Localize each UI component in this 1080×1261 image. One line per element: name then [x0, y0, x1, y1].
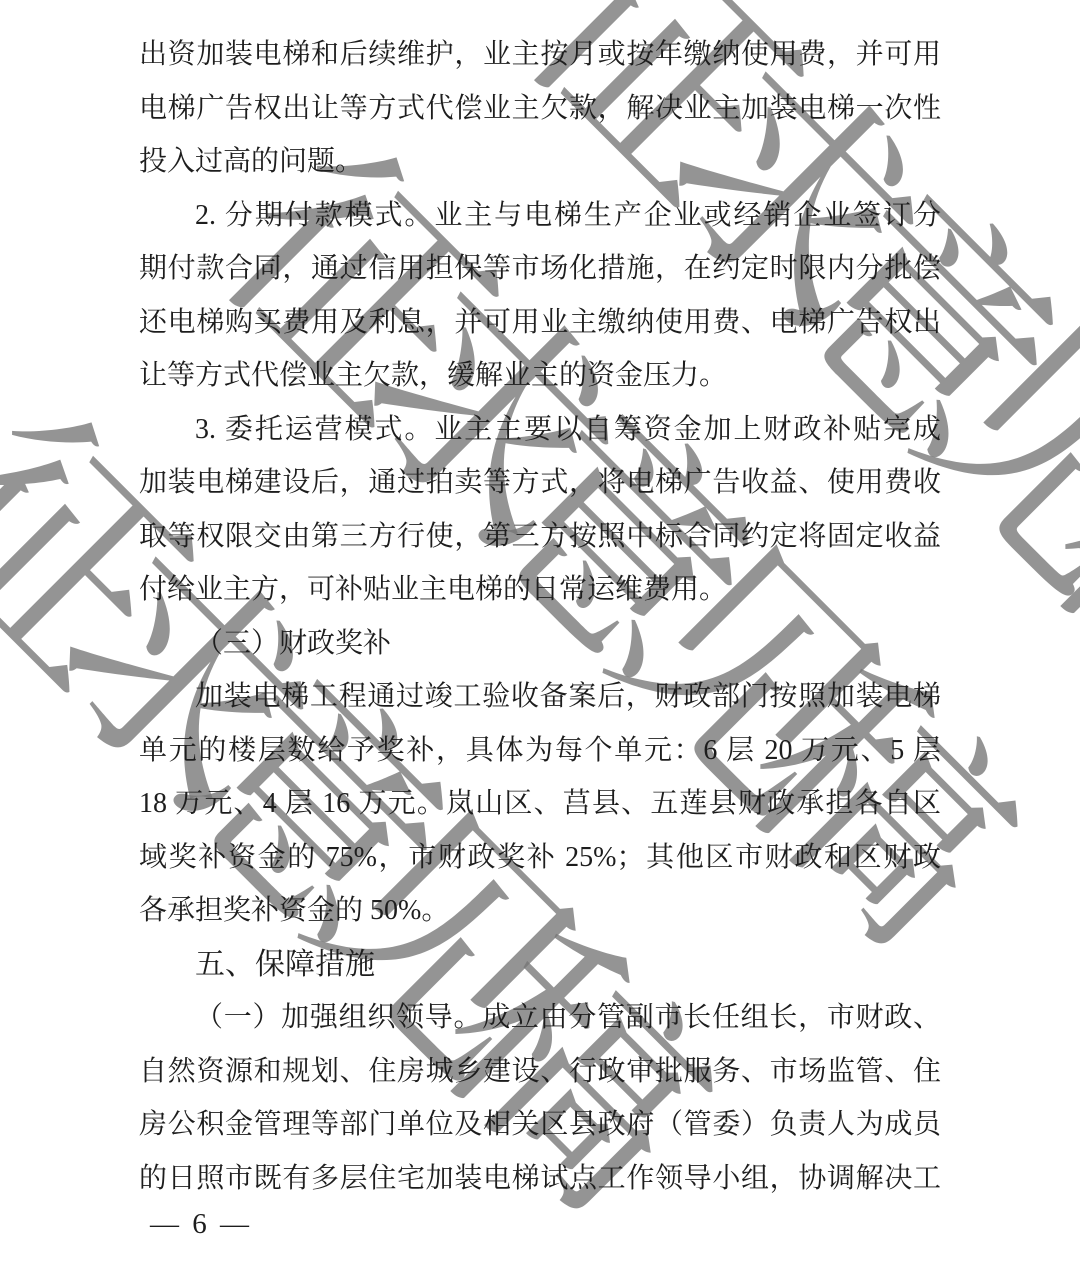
text-segment: 投入过高的问题。: [139, 146, 363, 177]
text-segment: 2. 分期付款模式。: [195, 200, 434, 231]
text-segment: 业主与电梯生产企业或经销企业签订分: [434, 200, 941, 231]
text-line: 房公积金管理等部门单位及相关区县政府（管委）负责人为成员: [139, 1098, 941, 1152]
text-segment: 期付款合同，通过信用担保等市场化措施，在约定时限内分批偿: [139, 253, 941, 284]
text-line: （一）加强组织领导。成立由分管副市长任组长，市财政、: [139, 991, 941, 1045]
text-line: 加装电梯工程通过竣工验收备案后，财政部门按照加装电梯: [139, 670, 941, 724]
text-line: （三）财政奖补: [139, 617, 941, 671]
text-segment: 付给业主方，可补贴业主电梯的日常运维费用。: [139, 574, 727, 605]
text-segment: （一）加强组织领导。: [195, 1002, 482, 1033]
text-line: 域奖补资金的 75%，市财政奖补 25%；其他区市财政和区财政: [139, 831, 941, 885]
text-line: 自然资源和规划、住房城乡建设、行政审批服务、市场监管、住: [139, 1045, 941, 1099]
text-segment: 加装电梯工程通过竣工验收备案后，财政部门按照加装电梯: [195, 681, 941, 712]
text-segment: 各承担奖补资金的 50%。: [139, 895, 449, 926]
text-line: 加装电梯建设后，通过拍卖等方式，将电梯广告收益、使用费收: [139, 456, 941, 510]
text-segment: 自然资源和规划、住房城乡建设、行政审批服务、市场监管、住: [139, 1056, 941, 1087]
page-number: — 6 —: [150, 1208, 252, 1241]
text-segment: 18 万元、4 层 16 万元。岚山区、莒县、五莲县财政承担各自区: [139, 788, 941, 819]
text-segment: 域奖补资金的 75%，市财政奖补 25%；其他区市财政和区财政: [139, 842, 941, 873]
text-line: 2. 分期付款模式。业主与电梯生产企业或经销企业签订分: [139, 189, 941, 243]
text-line: 18 万元、4 层 16 万元。岚山区、莒县、五莲县财政承担各自区: [139, 777, 941, 831]
text-line: 电梯广告权出让等方式代偿业主欠款，解决业主加装电梯一次性: [139, 82, 941, 136]
text-segment: 房公积金管理等部门单位及相关区县政府（管委）负责人为成员: [139, 1109, 941, 1140]
text-line: 出资加装电梯和后续维护，业主按月或按年缴纳使用费，并可用: [139, 28, 941, 82]
text-segment: 电梯广告权出让等方式代偿业主欠款，解决业主加装电梯一次性: [139, 93, 941, 124]
text-line: 投入过高的问题。: [139, 135, 941, 189]
section-heading-line: 五、保障措施: [139, 938, 941, 992]
text-segment: 还电梯购买费用及利息，并可用业主缴纳使用费、电梯广告权出: [139, 307, 941, 338]
text-segment: 让等方式代偿业主欠款，缓解业主的资金压力。: [139, 360, 727, 391]
text-segment: 出资加装电梯和后续维护，业主按月或按年缴纳使用费，并可用: [139, 39, 941, 70]
text-line: 各承担奖补资金的 50%。: [139, 884, 941, 938]
text-segment: 3. 委托运营模式。: [195, 414, 434, 445]
text-segment: 单元的楼层数给予奖补，具体为每个单元：6 层 20 万元、5 层: [139, 735, 941, 766]
text-line: 还电梯购买费用及利息，并可用业主缴纳使用费、电梯广告权出: [139, 296, 941, 350]
text-segment: 的日照市既有多层住宅加装电梯试点工作领导小组，协调解决工: [139, 1163, 941, 1194]
text-segment: （三）财政奖补: [195, 628, 391, 659]
text-segment: 加装电梯建设后，通过拍卖等方式，将电梯广告收益、使用费收: [139, 467, 941, 498]
text-line: 让等方式代偿业主欠款，缓解业主的资金压力。: [139, 349, 941, 403]
text-line: 单元的楼层数给予奖补，具体为每个单元：6 层 20 万元、5 层: [139, 724, 941, 778]
text-segment: 五、保障措施: [195, 948, 375, 981]
text-line: 的日照市既有多层住宅加装电梯试点工作领导小组，协调解决工: [139, 1152, 941, 1206]
text-segment: 业主主要以自筹资金加上财政补贴完成: [434, 414, 941, 445]
document-body: 出资加装电梯和后续维护，业主按月或按年缴纳使用费，并可用电梯广告权出让等方式代偿…: [139, 28, 941, 1205]
text-segment: 成立由分管副市长任组长，市财政、: [482, 1002, 941, 1033]
text-line: 取等权限交由第三方行使，第三方按照中标合同约定将固定收益: [139, 510, 941, 564]
text-segment: 取等权限交由第三方行使，第三方按照中标合同约定将固定收益: [139, 521, 941, 552]
text-line: 3. 委托运营模式。业主主要以自筹资金加上财政补贴完成: [139, 403, 941, 457]
text-line: 付给业主方，可补贴业主电梯的日常运维费用。: [139, 563, 941, 617]
text-line: 期付款合同，通过信用担保等市场化措施，在约定时限内分批偿: [139, 242, 941, 296]
document-page: 征求意见稿 征求意见稿 征求意见稿 出资加装电梯和后续维护，业主按月或按年缴纳使…: [0, 0, 1080, 1261]
